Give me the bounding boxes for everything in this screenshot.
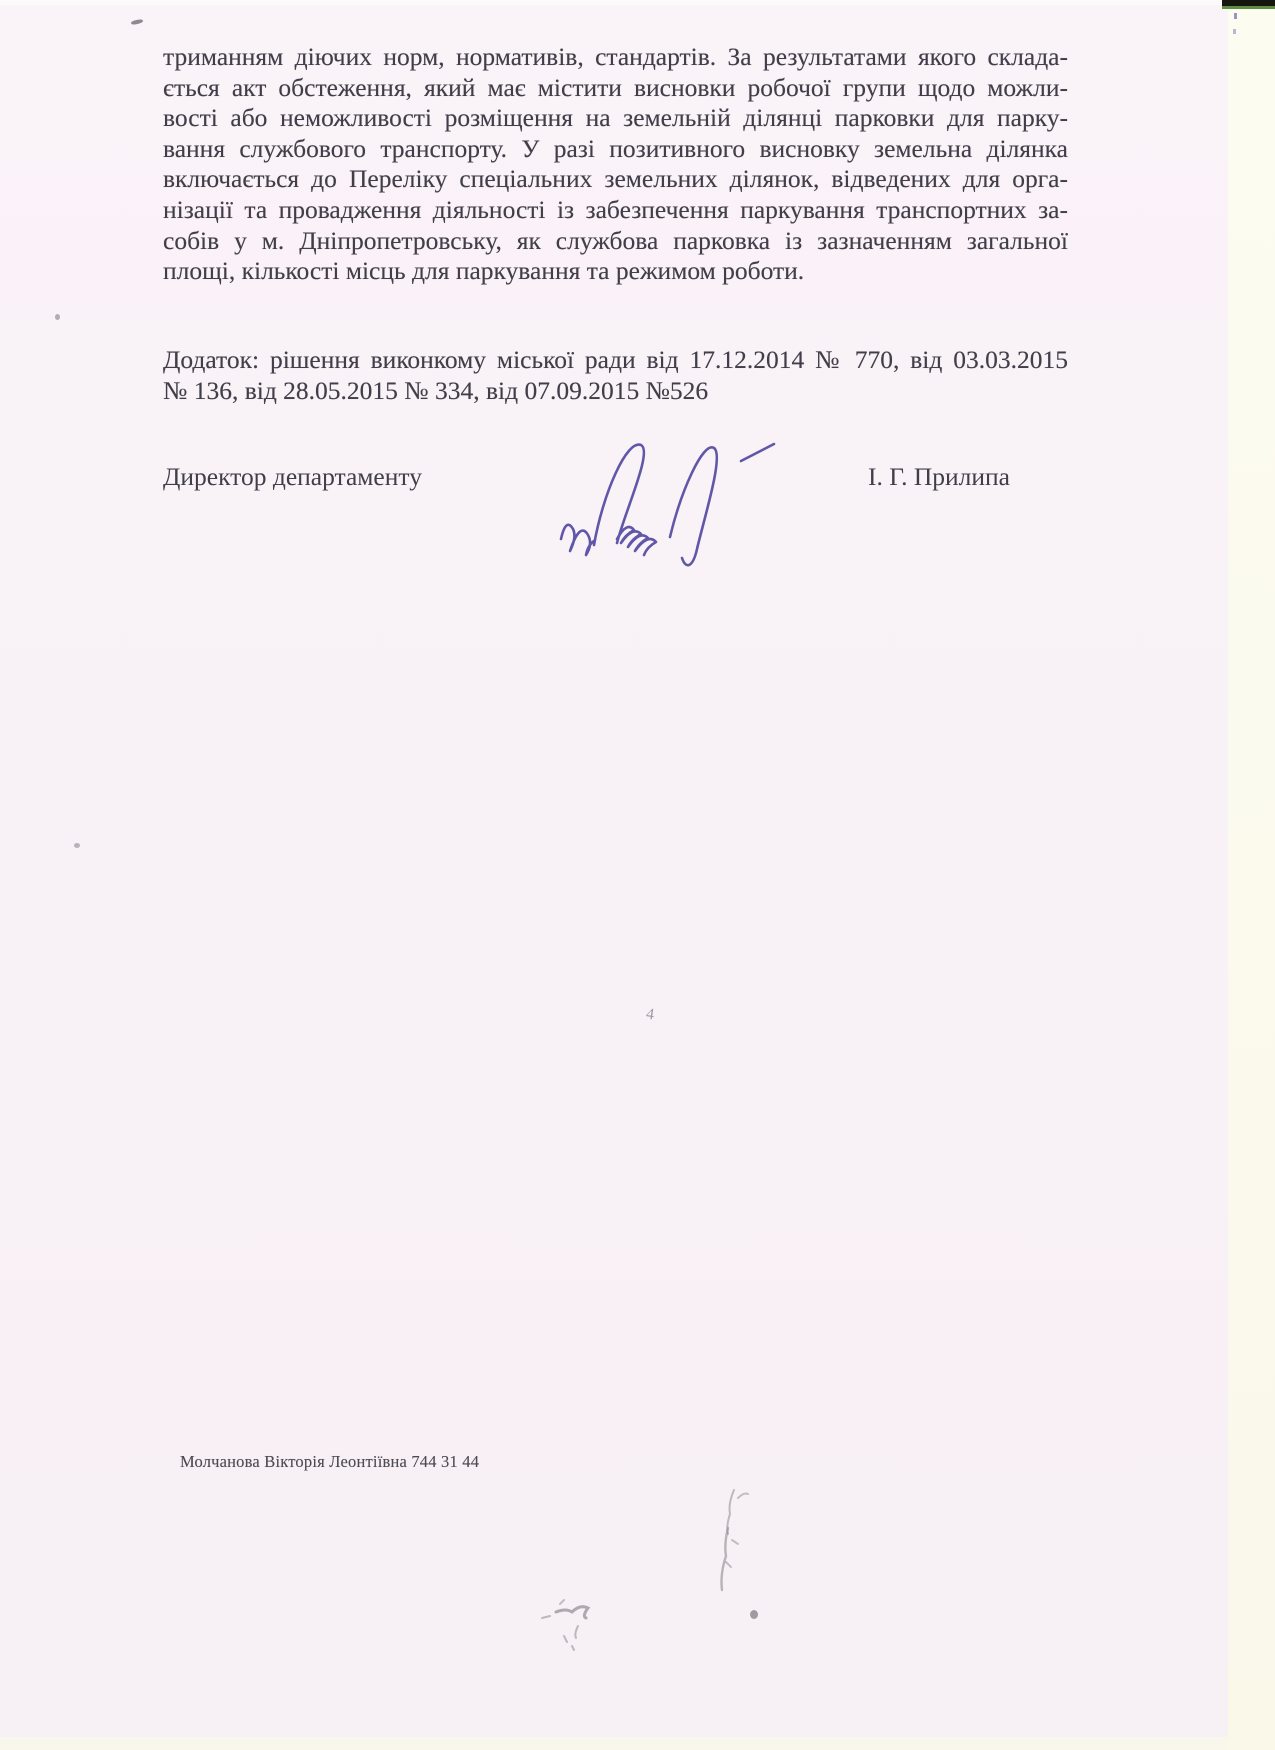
pencil-mark: 4 <box>645 1006 655 1025</box>
text-line: площі, кількості місць для паркування та… <box>163 256 1068 287</box>
scan-speck <box>55 314 60 320</box>
scanner-edge-bar <box>1222 0 1275 9</box>
executor-contact: Молчанова Вікторія Леонтіївна 744 31 44 <box>180 1452 479 1472</box>
text-line: ється акт обстеження, який має містити в… <box>163 73 1068 104</box>
attachment-paragraph: Додаток: рішення виконкому міської ради … <box>163 345 1068 406</box>
scan-speck <box>74 843 80 848</box>
text-line: триманням діючих норм, нормативів, станд… <box>163 42 1068 73</box>
text-line: включається до Переліку спеціальних земе… <box>163 164 1068 195</box>
body-paragraph: триманням діючих норм, нормативів, станд… <box>163 42 1068 287</box>
text-line: нізації та провадження діяльності із заб… <box>163 195 1068 226</box>
scan-speck <box>1234 13 1237 19</box>
scan-speck <box>1233 29 1236 34</box>
scanner-edge-strip <box>1228 0 1275 1750</box>
handwritten-signature-icon <box>545 423 797 569</box>
signatory-role: Директор департаменту <box>163 462 422 493</box>
scan-bottom-edge <box>0 1737 1228 1750</box>
pencil-smudge <box>520 1470 800 1670</box>
text-line: собів у м. Дніпропетровську, як службова… <box>163 226 1068 257</box>
scanned-document-page: триманням діючих норм, нормативів, станд… <box>0 0 1228 1737</box>
text-line: Додаток: рішення виконкому міської ради … <box>163 345 1068 376</box>
signatory-name: І. Г. Прилипа <box>868 462 1068 493</box>
text-line: вості або неможливості розміщення на зем… <box>163 103 1068 134</box>
text-line: № 136, від 28.05.2015 № 334, від 07.09.2… <box>163 376 1068 407</box>
scan-speck <box>131 19 144 25</box>
text-line: вання службового транспорту. У разі пози… <box>163 134 1068 165</box>
